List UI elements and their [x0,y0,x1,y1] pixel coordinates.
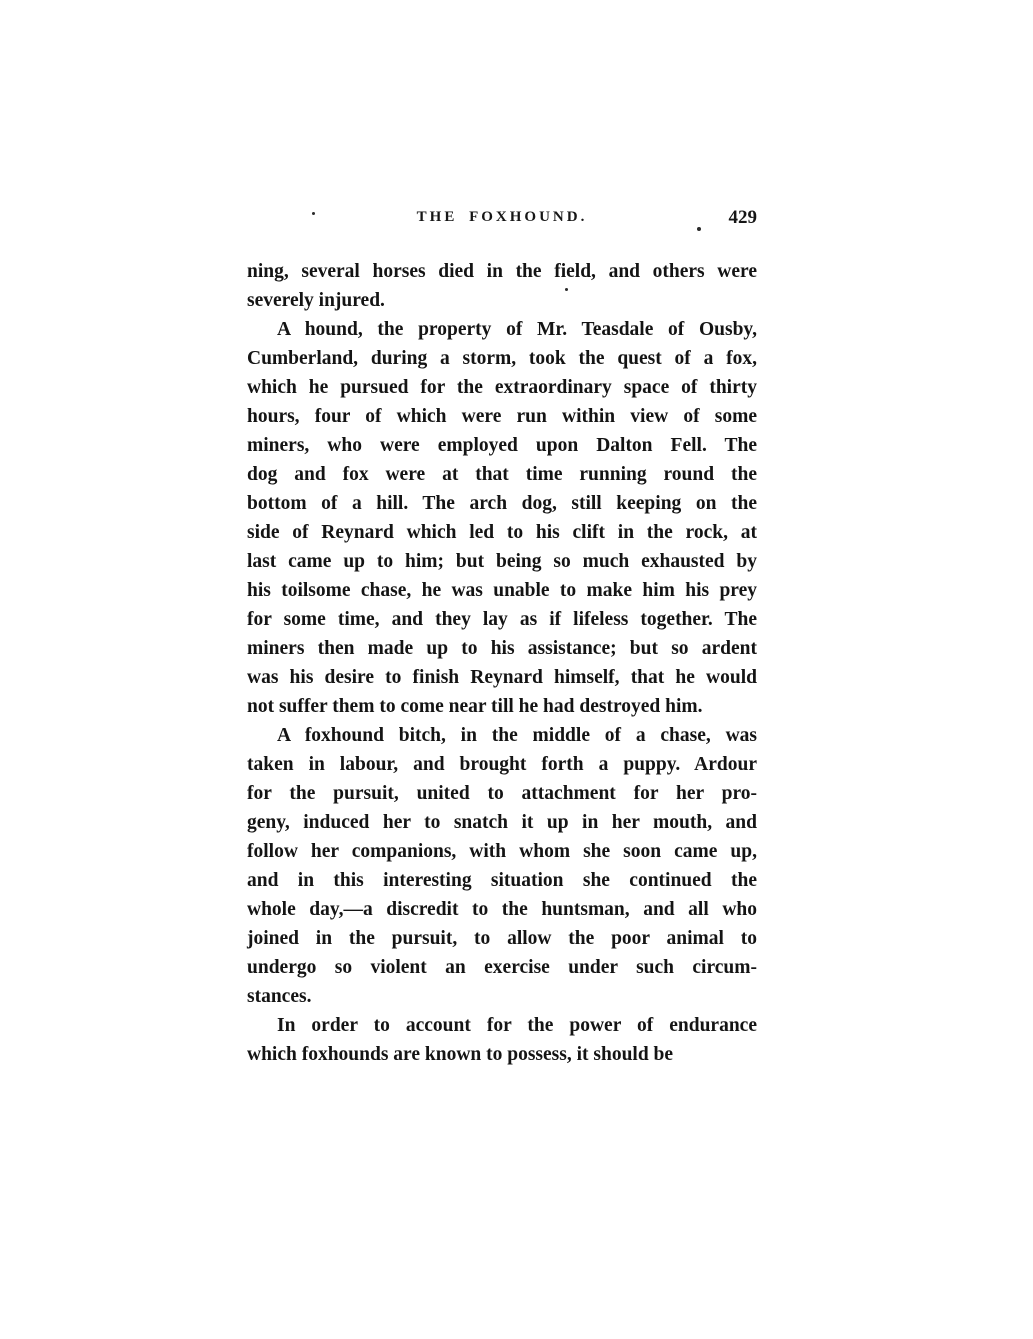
running-head-title: THE FOXHOUND. [247,209,757,226]
scan-speck [565,288,568,291]
text-line: which he pursued for the extraordinary s… [247,373,757,402]
text-line: dog and fox were at that time running ro… [247,460,757,489]
text-line: Cumberland, during a storm, took the que… [247,344,757,373]
text-line: and in this interesting situation she co… [247,866,757,895]
page-text: ning, several horses died in the field, … [247,257,757,1069]
text-line: In order to account for the power of end… [247,1011,757,1040]
text-line: A hound, the property of Mr. Teasdale of… [247,315,757,344]
text-line: not suffer them to come near till he had… [247,692,757,721]
text-line: miners, who were employed upon Dalton Fe… [247,431,757,460]
text-line: A foxhound bitch, in the middle of a cha… [247,721,757,750]
text-line: hours, four of which were run within vie… [247,402,757,431]
running-head: THE FOXHOUND. 429 [247,207,757,231]
text-line: geny, induced her to snatch it up in her… [247,808,757,837]
text-line: last came up to him; but being so much e… [247,547,757,576]
text-line: bottom of a hill. The arch dog, still ke… [247,489,757,518]
text-line: follow her companions, with whom she soo… [247,837,757,866]
text-line: for some time, and they lay as if lifele… [247,605,757,634]
text-line: his toilsome chase, he was unable to mak… [247,576,757,605]
scan-speck [312,212,315,215]
text-line: for the pursuit, united to attachment fo… [247,779,757,808]
text-line: ning, several horses died in the field, … [247,257,757,286]
text-line: miners then made up to his assistance; b… [247,634,757,663]
text-line: undergo so violent an exercise under suc… [247,953,757,982]
text-line: joined in the pursuit, to allow the poor… [247,924,757,953]
scan-speck [697,227,701,231]
text-line: taken in labour, and brought forth a pup… [247,750,757,779]
text-line: whole day,—a discredit to the huntsman, … [247,895,757,924]
text-line: side of Reynard which led to his clift i… [247,518,757,547]
text-line: severely injured. [247,286,757,315]
text-line: which foxhounds are known to possess, it… [247,1040,757,1069]
text-line: was his desire to finish Reynard himself… [247,663,757,692]
text-line: stances. [247,982,757,1011]
page-number: 429 [729,207,758,229]
book-page: THE FOXHOUND. 429 ning, several horses d… [0,0,1033,1339]
